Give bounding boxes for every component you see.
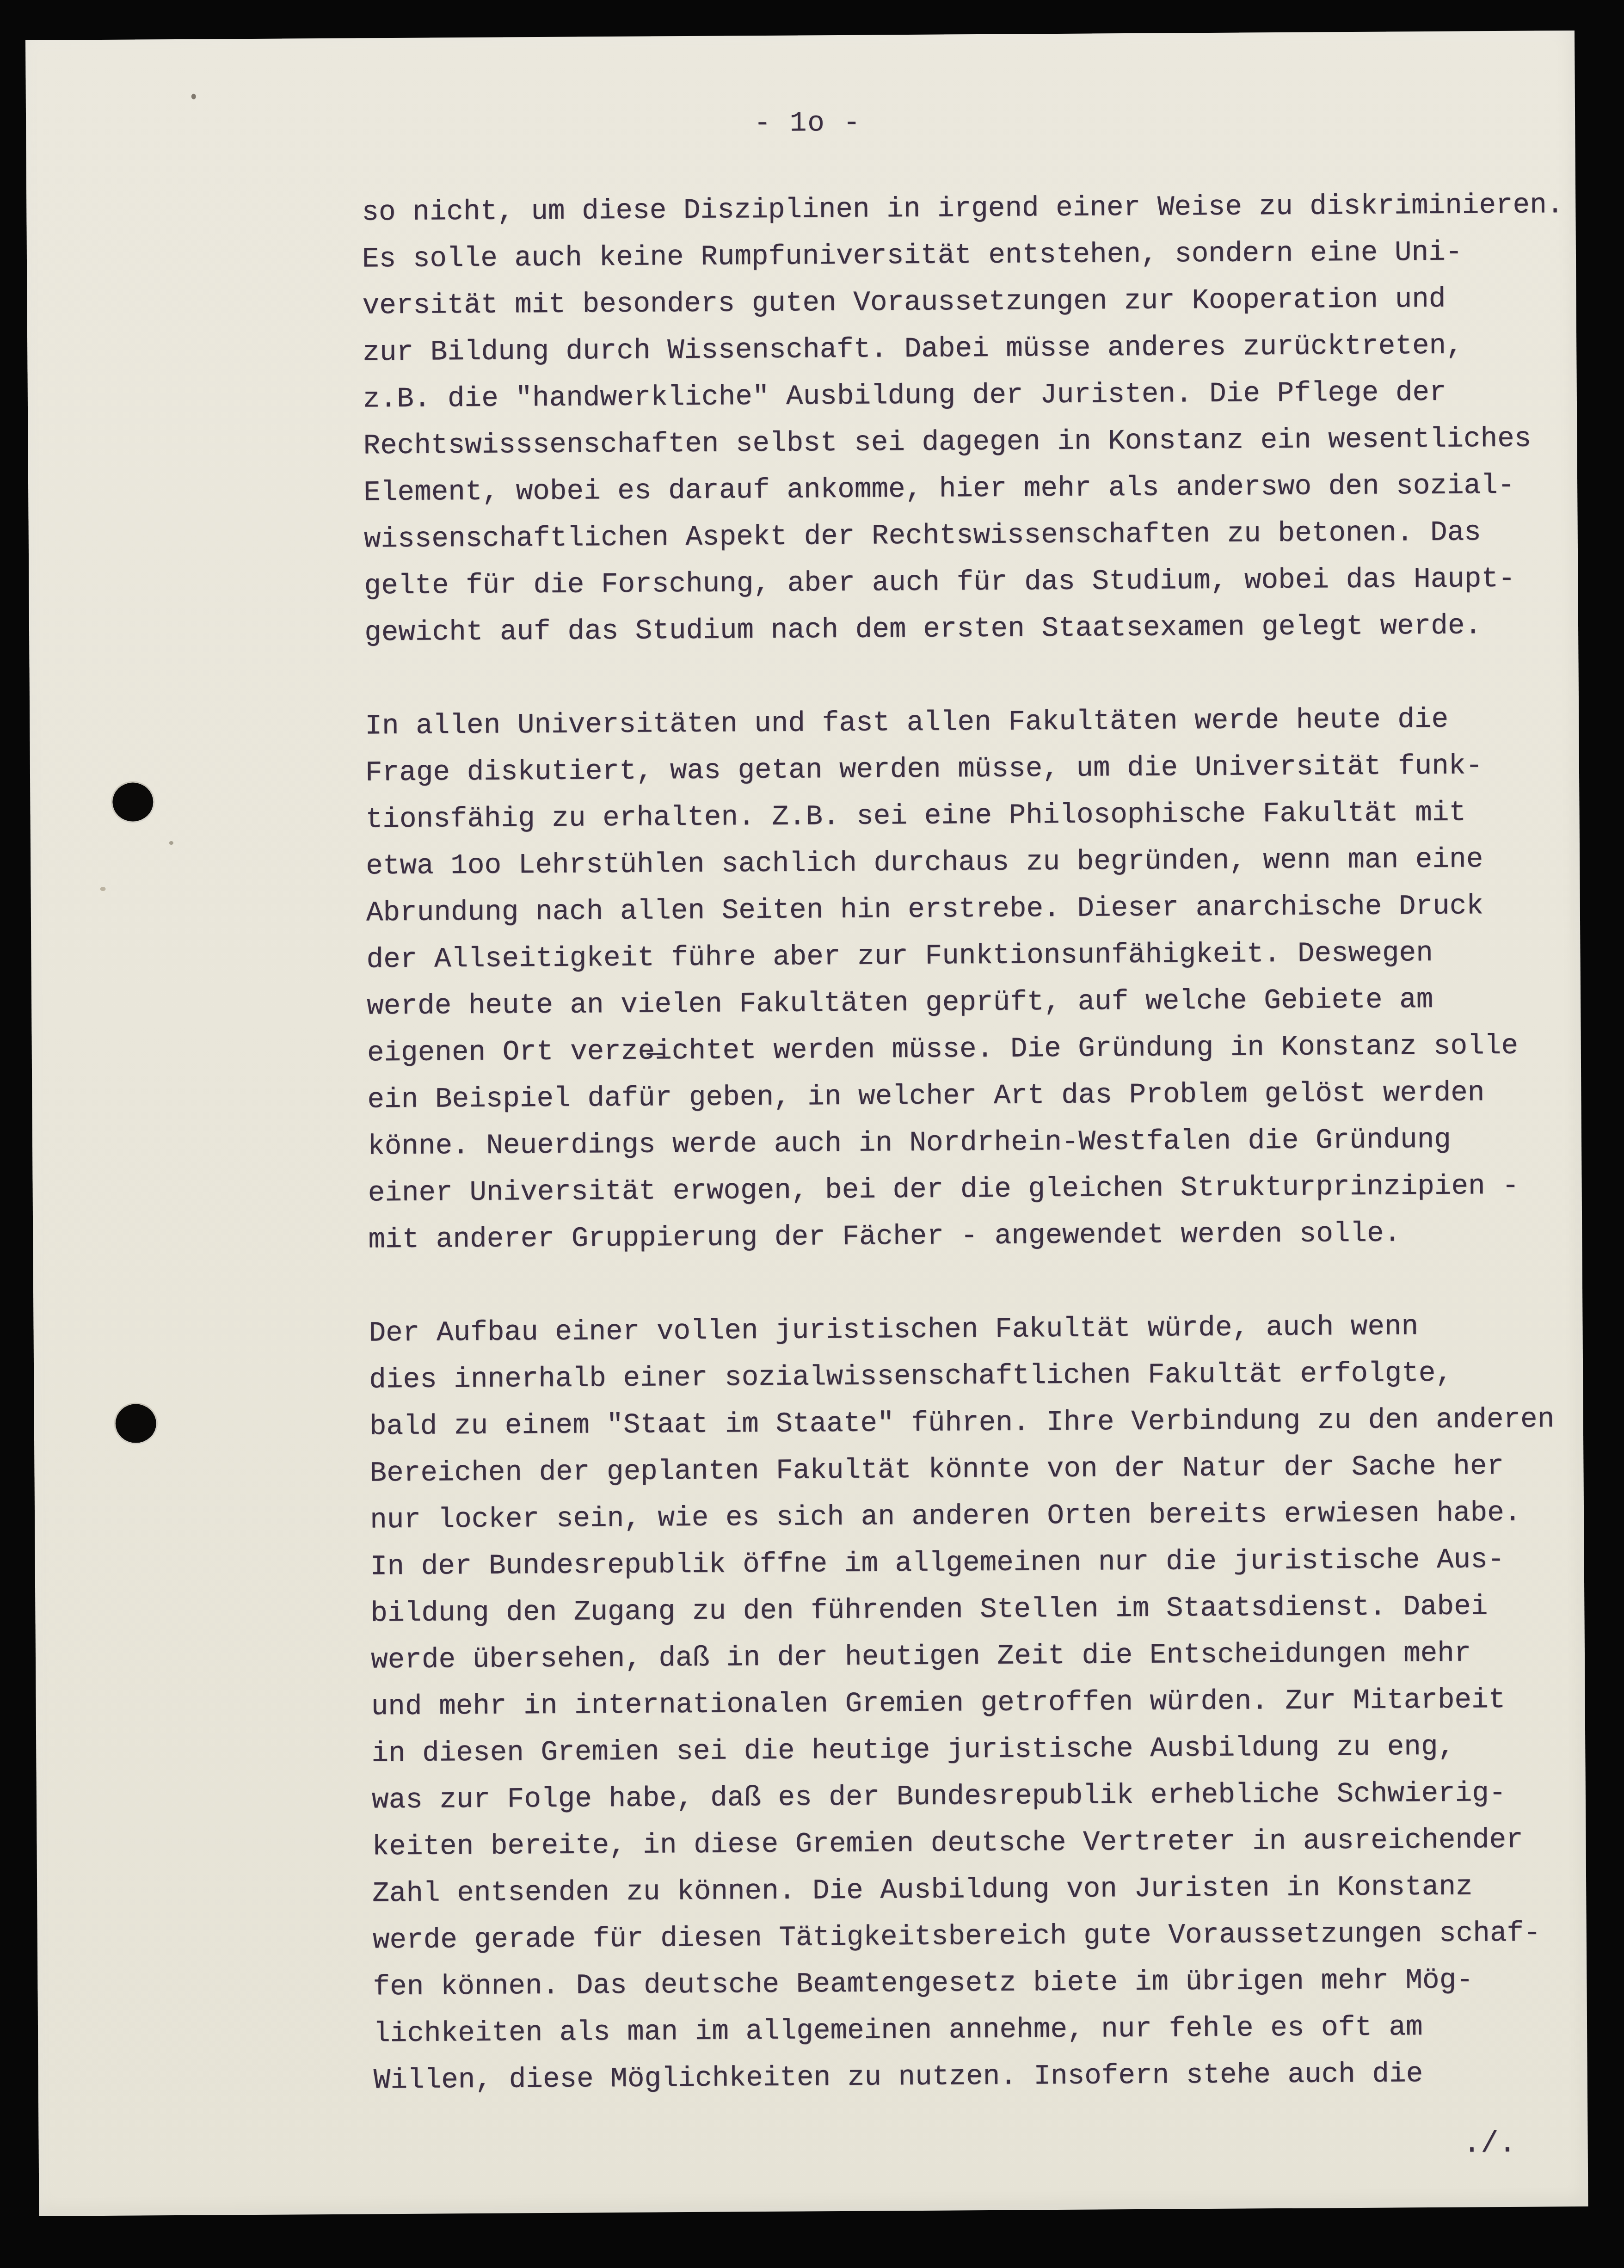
document-body: so nicht, um diese Disziplinen in irgend… bbox=[362, 181, 1624, 2151]
continuation-mark: ./. bbox=[1463, 2121, 1516, 2168]
paper-speck bbox=[191, 94, 196, 99]
paper-speck bbox=[169, 841, 173, 845]
paragraph-3: Der Aufbau einer vollen juristischen Fak… bbox=[369, 1302, 1624, 2104]
hole-punch-bottom bbox=[116, 1404, 157, 1443]
paragraph-2: In allen Universitäten und fast allen Fa… bbox=[365, 695, 1624, 1263]
paragraph-1: so nicht, um diese Disziplinen in irgend… bbox=[362, 181, 1622, 656]
scanner-background: - 1o - so nicht, um diese Disziplinen in… bbox=[0, 0, 1624, 2268]
hole-punch-top bbox=[112, 782, 154, 822]
page-number: - 1o - bbox=[738, 99, 877, 147]
document-page: - 1o - so nicht, um diese Disziplinen in… bbox=[25, 31, 1588, 2216]
paper-speck bbox=[100, 887, 106, 891]
